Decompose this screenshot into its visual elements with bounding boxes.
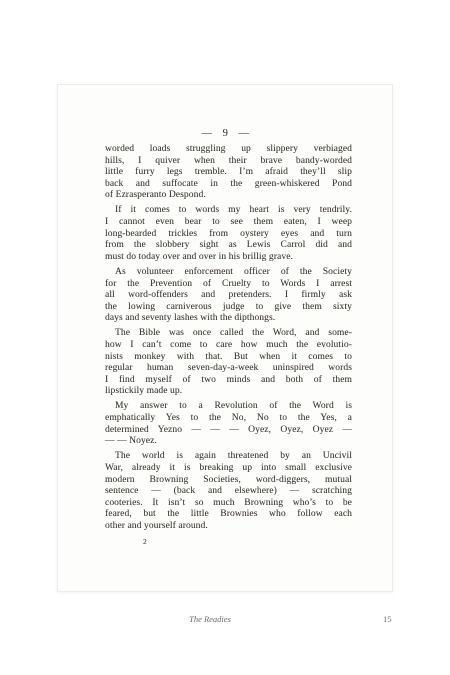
text-line: the lowing carniverous judge to give the… [105, 302, 352, 314]
paragraph: The world is again threatened by an Unci… [105, 451, 352, 532]
text-line: As volunteer enforcement officer of the … [105, 267, 352, 279]
text-line: cooteries. It isn’t so much Browning who… [105, 498, 352, 510]
text-line: If it comes to words my heart is very te… [105, 205, 352, 217]
signature-mark: 2 [143, 537, 352, 546]
paragraph: The Bible was once called the Word, and … [105, 328, 352, 398]
text-line: The Bible was once called the Word, and … [105, 328, 352, 340]
text-line: regular human seven-day-a-week uninspire… [105, 363, 352, 375]
page-background: — 9 — worded loads struggling up slipper… [0, 0, 450, 675]
text-line: from the slobbery sight as Lewis Carrol … [105, 240, 352, 252]
text-line: little furry legs tremble. I’m afraid th… [105, 167, 352, 179]
text-line: nists monkey with that. But when it come… [105, 352, 352, 364]
footer-page-number: 15 [383, 614, 392, 624]
text-line: for the Prevention of Cruelty to Words I… [105, 279, 352, 291]
page-header-number: — 9 — [105, 128, 346, 140]
text-block: — 9 — worded loads struggling up slipper… [105, 128, 352, 546]
text-line: how I can’t come to care how much the ev… [105, 340, 352, 352]
text-line: all word-offenders and pretenders. I fir… [105, 290, 352, 302]
text-line: emphatically Yes to the No, No to the Ye… [105, 413, 352, 425]
text-line: hills, I quiver when their brave bandy-w… [105, 156, 352, 168]
text-line: long-bearded trickles from oystery eyes … [105, 229, 352, 241]
text-line: The world is again threatened by an Unci… [105, 451, 352, 463]
text-line: worded loads struggling up slippery verb… [105, 144, 352, 156]
paragraph: As volunteer enforcement officer of the … [105, 267, 352, 325]
text-line: I cannot even bear to see them eaten, I … [105, 217, 352, 229]
text-line: days and seventy lashes with the dipthon… [105, 313, 352, 325]
text-line: lipstickily made up. [105, 386, 352, 398]
text-line: of Ezrasperanto Despond. [105, 190, 352, 202]
text-line: — — Noyez. [105, 436, 352, 448]
text-line: sentence — (back and elsewhere) — scratc… [105, 486, 352, 498]
text-line: War, already it is breaking up into smal… [105, 463, 352, 475]
paragraph: If it comes to words my heart is very te… [105, 205, 352, 263]
text-line: other and yourself around. [105, 521, 352, 533]
text-line: determined Yezno — — — Oyez, Oyez, Oyez … [105, 425, 352, 437]
text-line: feared, but the little Brownies who foll… [105, 509, 352, 521]
scanned-book-page: — 9 — worded loads struggling up slipper… [57, 84, 393, 592]
text-line: modern Browning Societies, word-diggers,… [105, 475, 352, 487]
text-line: My answer to a Revolution of the Word is [105, 401, 352, 413]
footer-book-title: The Readies [150, 614, 270, 624]
text-line: I find myself of two minds and both of t… [105, 375, 352, 387]
paragraph: My answer to a Revolution of the Word is… [105, 401, 352, 447]
text-line: back and suffocate in the green-whiskere… [105, 179, 352, 191]
text-line: must do today over and over in his brill… [105, 252, 352, 264]
paragraph: worded loads struggling up slippery verb… [105, 144, 352, 202]
